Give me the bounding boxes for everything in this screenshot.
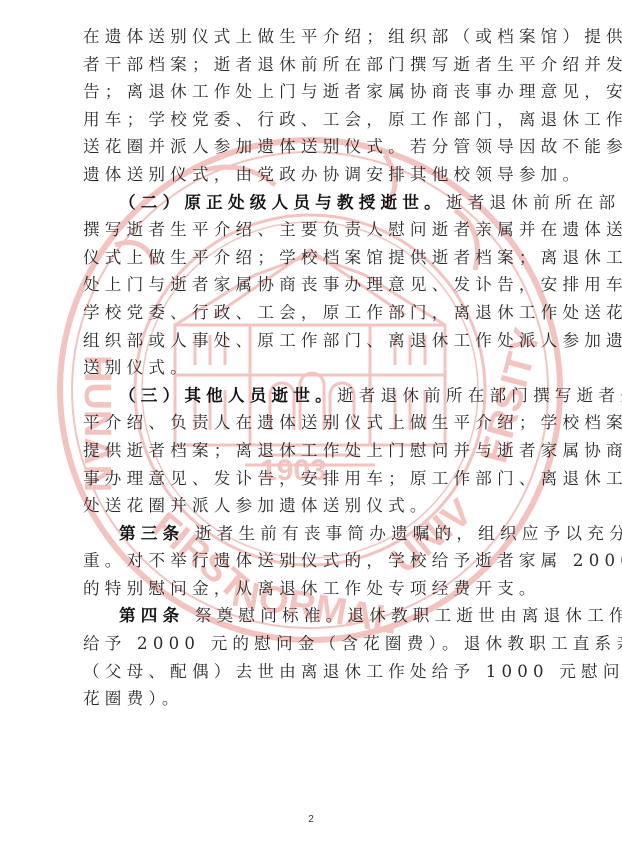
text-line: 者干部档案；逝者退休前所在部门撰写逝者生平介绍并发讣 — [83, 51, 539, 79]
article-heading: 第四条 — [119, 605, 184, 625]
text-line: 处上门与逝者家属协商丧事办理意见、发讣告，安排用车； — [83, 271, 539, 299]
text-line: 的特别慰问金，从离退休工作处专项经费开支。 — [83, 575, 539, 603]
section-heading-line: （二）原正处级人员与教授逝世。逝者退休前所在部门 — [83, 189, 539, 217]
text-line: 组织部或人事处、原工作部门、离退休工作处派人参加遗体 — [83, 327, 539, 355]
document-page: HUNAN FIRST NORMAL UNIV ERSITY 1903 — [0, 0, 622, 845]
text-line: （父母、配偶）去世由离退休工作处给予 1000 元慰问金（含 — [83, 658, 539, 686]
text-line: 送别仪式。 — [83, 354, 539, 382]
text-line: 用车；学校党委、行政、工会，原工作部门，离退休工作处 — [83, 106, 539, 134]
text-line: 学校党委、行政、工会，原工作部门，离退休工作处送花圈。 — [83, 299, 539, 327]
text-line: 告；离退休工作处上门与逝者家属协商丧事办理意见，安排 — [83, 78, 539, 106]
section-heading: （三）其他人员逝世。 — [119, 385, 337, 405]
text-line: 仪式上做生平介绍；学校档案馆提供逝者档案；离退休工作 — [83, 244, 539, 272]
text-line: 在遗体送别仪式上做生平介绍；组织部（或档案馆）提供逝 — [83, 23, 539, 51]
page-number: 2 — [0, 814, 622, 825]
text-line: 平介绍、负责人在遗体送别仪式上做生平介绍；学校档案馆 — [83, 409, 539, 437]
article-heading-line: 第四条 祭奠慰问标准。退休教职工逝世由离退休工作处 — [83, 602, 539, 630]
text-line: 处送花圈并派人参加遗体送别仪式。 — [83, 492, 539, 520]
text-line: 遗体送别仪式，由党政办协调安排其他校领导参加。 — [83, 161, 539, 189]
text-line: 撰写逝者生平介绍、主要负责人慰问逝者亲属并在遗体送别 — [83, 216, 539, 244]
text-line: 花圈费）。 — [83, 685, 539, 713]
article-heading: 第三条 — [119, 523, 184, 543]
text-line: 给予 2000 元的慰问金（含花圈费）。退休教职工直系亲属 — [83, 630, 539, 658]
section-heading-line: （三）其他人员逝世。逝者退休前所在部门撰写逝者生 — [83, 382, 539, 410]
section-heading: （二）原正处级人员与教授逝世。 — [119, 192, 446, 212]
text-line: 送花圈并派人参加遗体送别仪式。若分管领导因故不能参加 — [83, 133, 539, 161]
text-line: 事办理意见、发讣告，安排用车；原工作部门、离退休工作 — [83, 465, 539, 493]
article-heading-line: 第三条 逝者生前有丧事简办遗嘱的，组织应予以充分尊 — [83, 520, 539, 548]
text-line: 提供逝者档案；离退休工作处上门慰问并与逝者家属协商丧 — [83, 437, 539, 465]
text-line: 重。对不举行遗体送别仪式的，学校给予逝者家属 2000 元 — [83, 547, 539, 575]
document-body: 在遗体送别仪式上做生平介绍；组织部（或档案馆）提供逝 者干部档案；逝者退休前所在… — [83, 23, 539, 713]
